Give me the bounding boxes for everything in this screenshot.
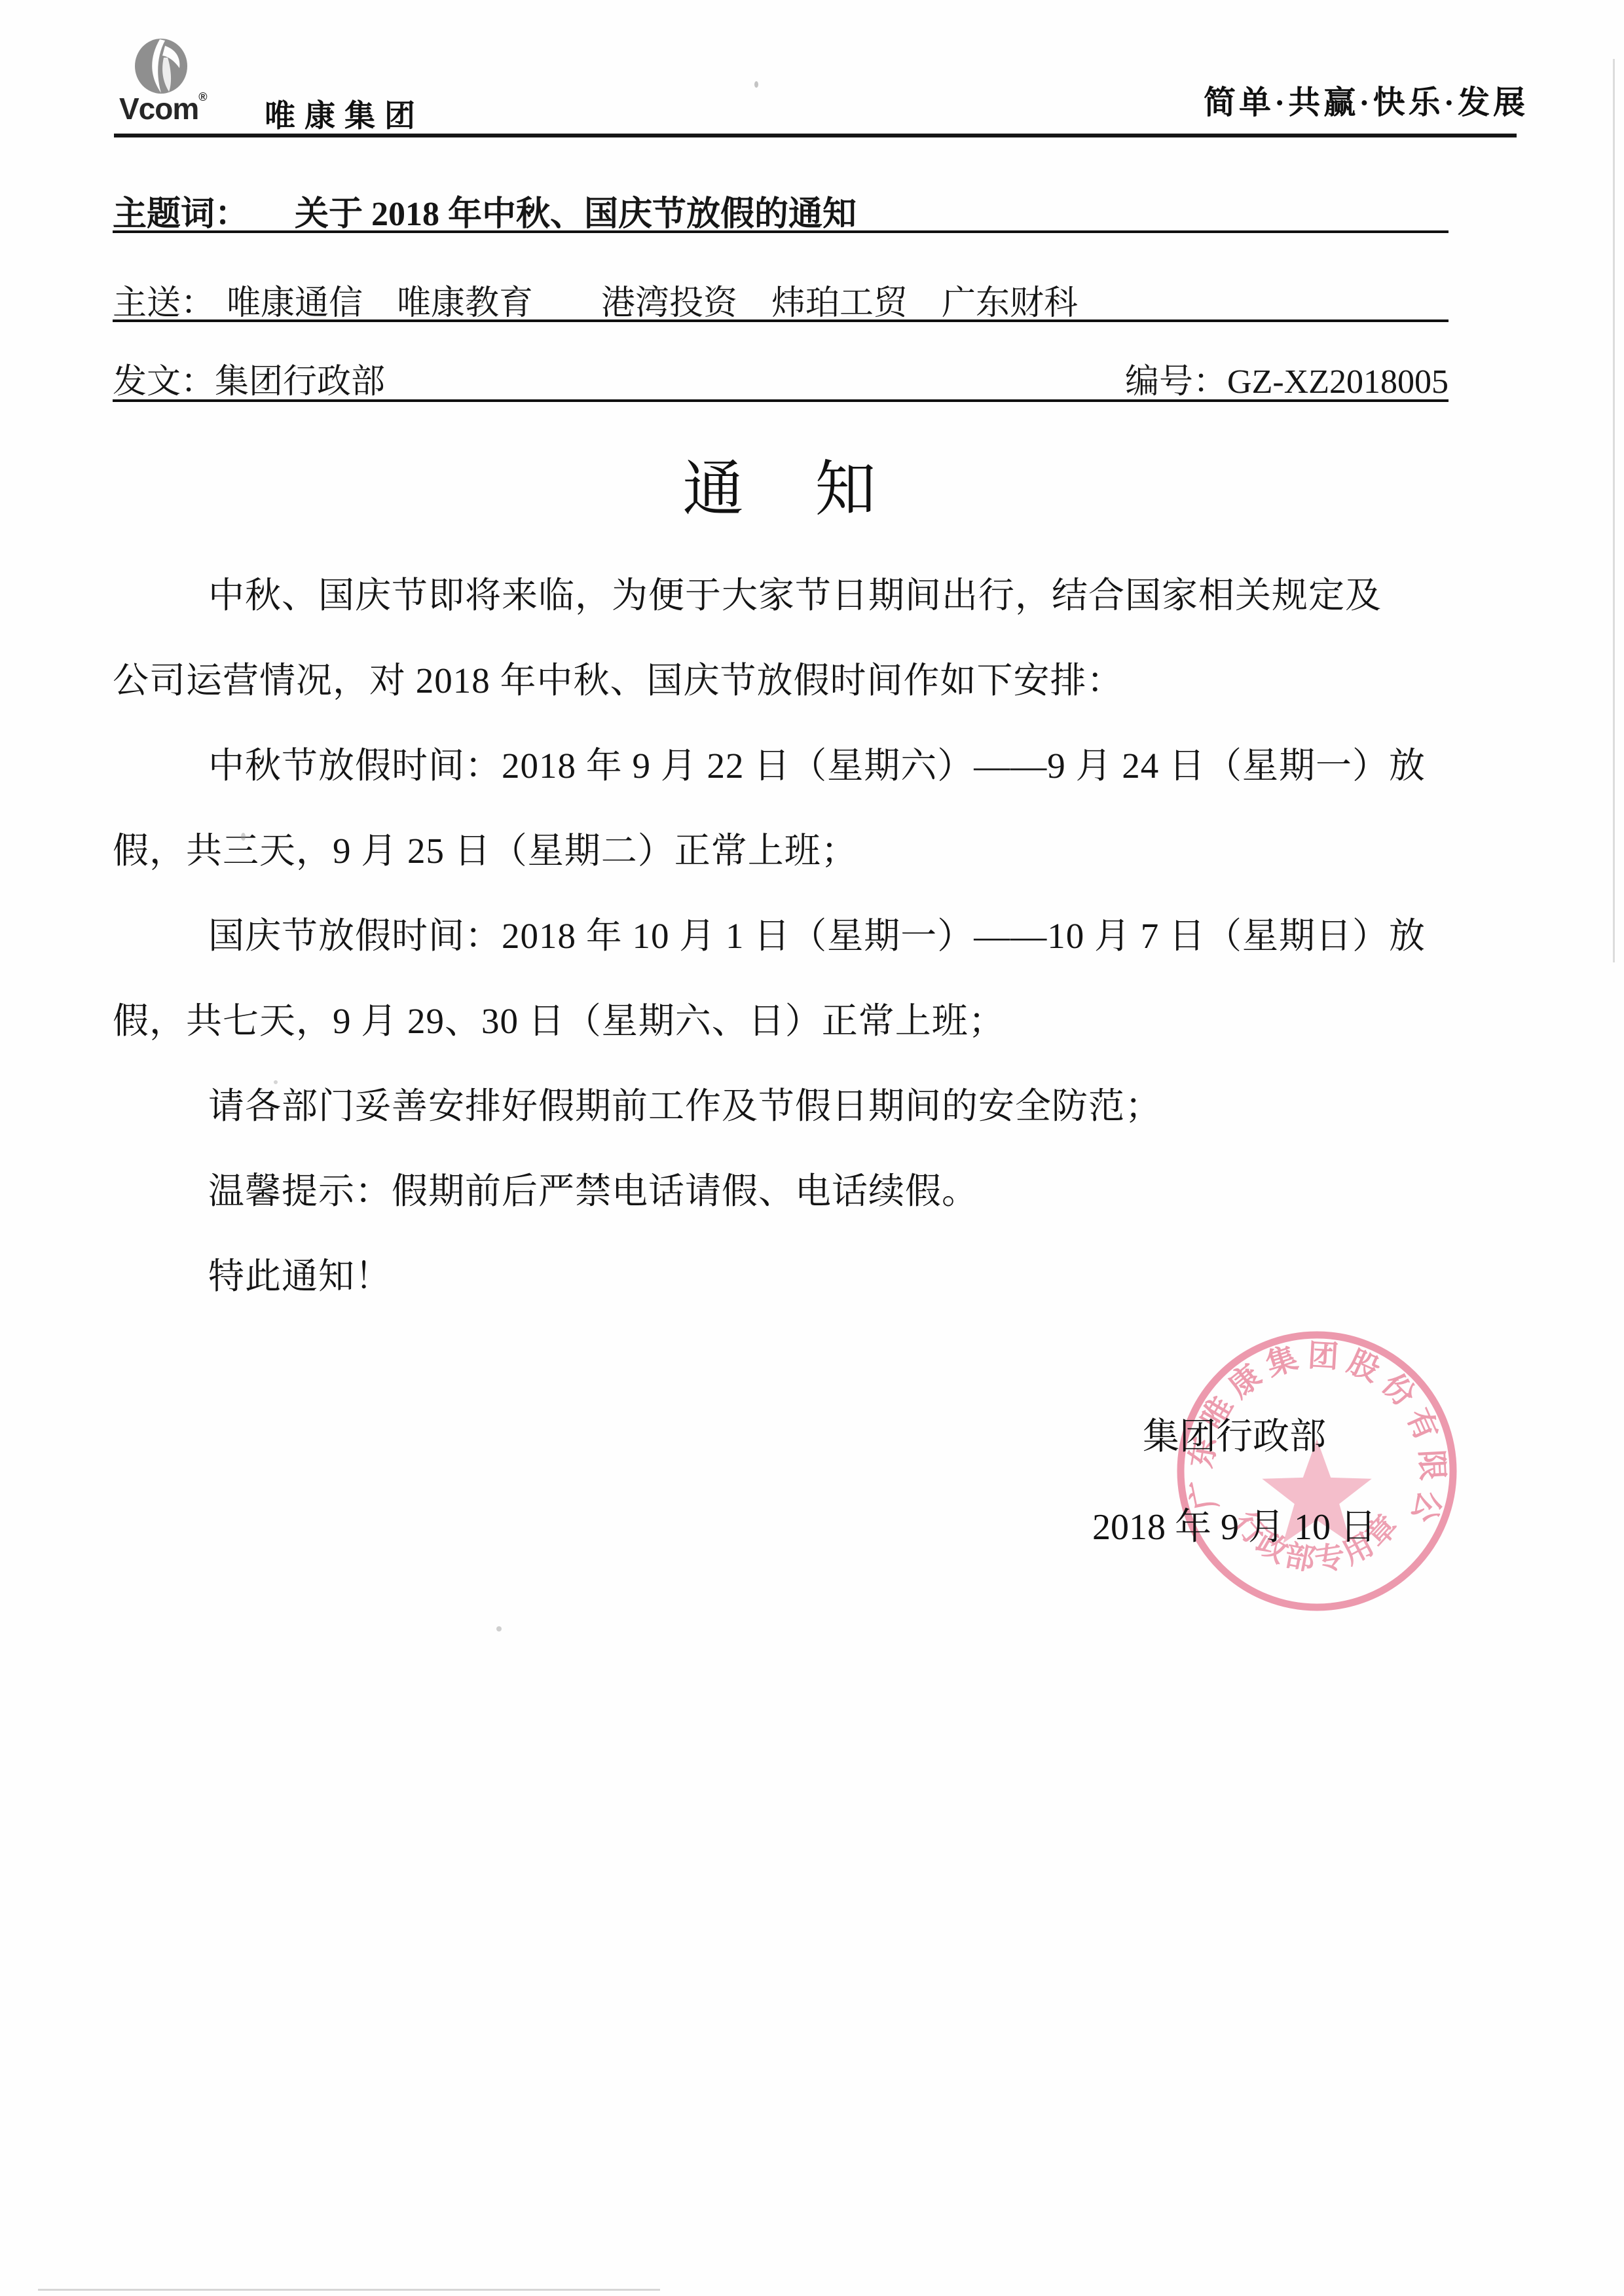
doc-number: 编号：GZ-XZ2018005	[1125, 354, 1449, 399]
company-slogan: 简单·共赢·快乐·发展	[1204, 77, 1528, 123]
body-line: 公司运营情况，对 2018 年中秋、国庆节放假时间作如下安排：	[113, 638, 1488, 723]
signature-date: 2018 年 9 月 10 日	[1080, 1498, 1388, 1550]
body-line: 中秋节放假时间：2018 年 9 月 22 日（星期六）——9 月 24 日（星…	[113, 723, 1488, 809]
recipients-list: 唯康通信 唯康教育 港湾投资 炜珀工贸 广东财科	[227, 285, 1078, 322]
scan-speck	[754, 81, 758, 88]
body-line: 假，共三天，9 月 25 日（星期二）正常上班；	[113, 809, 1488, 894]
registered-mark: ®	[198, 90, 206, 103]
recipients-label: 主送：	[113, 285, 215, 322]
official-stamp: 广东唯康集团股份有限公司 行政部专用章	[1171, 1325, 1463, 1617]
body-line: 温馨提示：假期前后严禁电话请假、电话续假。	[113, 1149, 1488, 1234]
scan-speck	[241, 833, 246, 841]
header-divider	[114, 134, 1517, 137]
recipients-row: 主送：唯康通信 唯康教育 港湾投资 炜珀工贸 广东财科	[113, 275, 1449, 322]
body-line: 特此通知！	[113, 1234, 1488, 1319]
company-name: 唯康集团	[265, 92, 424, 136]
scan-edge-right	[1613, 59, 1615, 962]
issuer-row: 发文：集团行政部 编号：GZ-XZ2018005	[113, 354, 1449, 402]
body-line: 中秋、国庆节即将来临，为便于大家节日期间出行，结合国家相关规定及	[113, 553, 1488, 638]
notice-title: 通 知	[113, 440, 1451, 528]
signature-department: 集团行政部	[1080, 1408, 1388, 1460]
notice-body: 中秋、国庆节即将来临，为便于大家节日期间出行，结合国家相关规定及 公司运营情况，…	[113, 553, 1488, 1319]
subject-text: 关于 2018 年中秋、国庆节放假的通知	[295, 196, 857, 233]
body-line: 国庆节放假时间：2018 年 10 月 1 日（星期一）——10 月 7 日（星…	[113, 894, 1488, 979]
body-line: 请各部门妥善安排好假期前工作及节假日期间的安全防范；	[113, 1064, 1488, 1149]
body-line: 假，共七天，9 月 29、30 日（星期六、日）正常上班；	[113, 979, 1488, 1064]
subject-label: 主题词：	[113, 196, 249, 233]
brand-wordmark: Vcom®	[119, 90, 207, 126]
scan-speck	[496, 1626, 502, 1631]
brand-text: Vcom	[119, 92, 198, 126]
subject-row: 主题词：关于 2018 年中秋、国庆节放假的通知	[113, 186, 1449, 233]
notice-document-page: Vcom® 唯康集团 简单·共赢·快乐·发展 主题词：关于 2018 年中秋、国…	[0, 0, 1624, 2296]
issuer-text: 发文：集团行政部	[113, 354, 385, 399]
scan-speck	[274, 1080, 278, 1084]
scan-edge-bottom	[38, 2289, 660, 2291]
